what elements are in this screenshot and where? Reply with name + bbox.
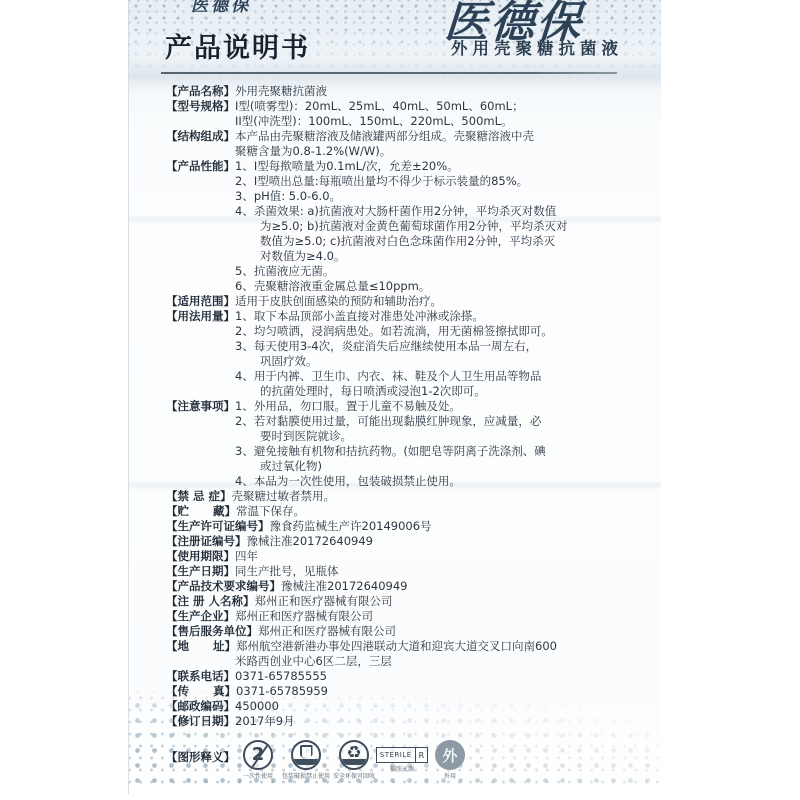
field-value: 4、本品为一次性使用，包装破损禁止使用。 (235, 474, 461, 489)
icon-caption: 辐照灭菌 (377, 766, 427, 773)
doc-line: 要时到医院就诊。 (166, 429, 646, 444)
field-value: 外用壳聚糖抗菌液 (235, 84, 327, 99)
field-label: 【产品性能】 (166, 159, 235, 174)
doc-line: 米路西创业中心6区二层，三层 (166, 654, 646, 669)
doc-line: II型(冲洗型)：100mL、150mL、220mL、500mL。 (166, 114, 646, 129)
doc-line: 【注 册 人名称】郑州正和医疗器械有限公司 (166, 594, 646, 609)
line-indent (166, 384, 260, 385)
line-indent (166, 654, 235, 655)
icon-caption: 外用 (425, 773, 475, 780)
field-value: 郑州正和医疗器械有限公司 (235, 609, 373, 624)
doc-line: 【传 真】0371-65785959 (166, 684, 646, 699)
doc-line: 【产品技术要求编号】豫械注准20172640949 (166, 579, 646, 594)
doc-line: 【售后服务单位】郑州正和医疗器械有限公司 (166, 624, 646, 639)
field-label: 【适用范围】 (166, 294, 235, 309)
field-value: 3、每天使用3-4次，炎症消失后应继续使用本品一周左右， (235, 339, 537, 354)
doc-line: 聚糖含量为0.8-1.2%(W/W)。 (166, 144, 646, 159)
doc-line: 【联系电话】0371-65785555 (166, 669, 646, 684)
doc-line: 【邮政编码】450000 (166, 699, 646, 714)
field-value: 郑州正和医疗器械有限公司 (255, 594, 393, 609)
doc-line: 或过氧化物) (166, 459, 646, 474)
line-indent (166, 144, 235, 145)
field-value: 5、抗菌液应无菌。 (235, 264, 334, 279)
field-label: 【地 址】 (166, 639, 236, 654)
doc-line: 3、每天使用3-4次，炎症消失后应继续使用本品一周左右， (166, 339, 646, 354)
doc-line: 【地 址】郑州航空港新港办事处四港联动大道和迎宾大道交叉口向南600 (166, 639, 646, 654)
field-label: 【修订日期】 (166, 714, 235, 729)
field-value: 适用于皮肤创面感染的预防和辅助治疗。 (235, 294, 442, 309)
field-value: 壳聚糖过敏者禁用。 (232, 489, 336, 504)
field-value: 0371-65785959 (236, 684, 328, 699)
line-indent (166, 354, 260, 355)
sterile-method: R (416, 747, 429, 763)
external-use-icon: 外 (435, 740, 465, 770)
header-divider (161, 72, 617, 74)
line-indent (166, 369, 235, 370)
line-indent (166, 414, 235, 415)
doc-line: 2、I型喷出总量:每瓶喷出量均不得少于标示装量的85%。 (166, 174, 646, 189)
doc-line: 巩固疗效。 (166, 354, 646, 369)
legend-row: 【图形释义】 2一次性使用包装破损禁止使用♻安全环保可回收STERILER辐照灭… (166, 740, 475, 780)
doc-line: 4、本品为一次性使用，包装破损禁止使用。 (166, 474, 646, 489)
brand-subtitle: 外用壳聚糖抗菌液 (451, 35, 623, 59)
doc-line: 【生产日期】同生产批号，见瓶体 (166, 564, 646, 579)
line-indent (166, 204, 235, 205)
sterile-text: STERILE (376, 747, 416, 763)
doc-line: 【产品性能】1、I型每揿喷量为0.1mL/次，允差±20%。 (166, 159, 646, 174)
doc-line: 【生产许可证编号】豫食药监械生产许20149006号 (166, 519, 646, 534)
line-indent (166, 219, 260, 220)
line-indent (166, 249, 260, 250)
line-indent (166, 339, 235, 340)
field-value: 为≥5.0; b)抗菌液对金黄色葡萄球菌作用2分钟，平均杀灭对 (260, 219, 568, 234)
package-damaged-icon-group: 包装破损禁止使用 (283, 740, 329, 780)
field-value: 3、避免接触有机物和拮抗药物。(如肥皂等阴离子洗涤剂、碘 (235, 444, 546, 459)
field-label: 【注 册 人名称】 (166, 594, 255, 609)
icon-caption: 一次性使用 (233, 773, 283, 780)
field-label: 【贮 藏】 (166, 504, 236, 519)
sterile-icon-group: STERILER辐照灭菌 (379, 740, 425, 773)
doc-line: 6、壳聚糖溶液重金属总量≤10ppm。 (166, 279, 646, 294)
field-value: 1、取下本品顶部小盖直接对准患处冲淋或涂搽。 (235, 309, 484, 324)
doc-line: 3、避免接触有机物和拮抗药物。(如肥皂等阴离子洗涤剂、碘 (166, 444, 646, 459)
doc-line: 【使用期限】四年 (166, 549, 646, 564)
field-label: 【生产许可证编号】 (166, 519, 270, 534)
line-indent (166, 459, 260, 460)
recycle-icon: ♻ (339, 740, 369, 770)
icon-caption: 安全环保可回收 (329, 773, 379, 780)
line-indent (166, 264, 235, 265)
field-label: 【用法用量】 (166, 309, 235, 324)
field-label: 【禁 忌 症】 (166, 489, 232, 504)
line-indent (166, 279, 235, 280)
field-label: 【邮政编码】 (166, 699, 235, 714)
doc-line: 【禁 忌 症】壳聚糖过敏者禁用。 (166, 489, 646, 504)
field-label: 【型号规格】 (166, 99, 235, 114)
doc-line: 数值为≥5.0; c)抗菌液对白色念珠菌作用2分钟，平均杀灭 (166, 234, 646, 249)
field-label: 【生产企业】 (166, 609, 235, 624)
field-value: 1、外用品，勿口服。置于儿童不易触及处。 (235, 399, 461, 414)
doc-line: 【生产企业】郑州正和医疗器械有限公司 (166, 609, 646, 624)
package-damaged-icon (291, 740, 321, 770)
sterile-icon: STERILER (376, 747, 428, 763)
icon-banner (294, 759, 318, 765)
doc-line: 4、用于内裤、卫生巾、内衣、袜、鞋及个人卫生用品等物品 (166, 369, 646, 384)
line-indent (166, 429, 260, 430)
doc-line: 【注册证编号】豫械注准20172640949 (166, 534, 646, 549)
external-use-glyph: 外 (442, 745, 457, 766)
field-value: 数值为≥5.0; c)抗菌液对白色念珠菌作用2分钟，平均杀灭 (260, 234, 555, 249)
field-value: 米路西创业中心6区二层，三层 (235, 654, 392, 669)
single-use-icon-group: 2一次性使用 (235, 740, 281, 780)
document-body: 【产品名称】外用壳聚糖抗菌液【型号规格】I型(喷雾型)：20mL、25mL、40… (166, 84, 646, 729)
doc-line: 【结构组成】本产品由壳聚糖溶液及储液罐两部分组成。壳聚糖溶液中壳 (166, 129, 646, 144)
line-indent (166, 474, 235, 475)
single-use-icon: 2 (243, 740, 273, 770)
field-value: 0371-65785555 (235, 669, 327, 684)
doc-line: 【注意事项】1、外用品，勿口服。置于儿童不易触及处。 (166, 399, 646, 414)
icon-banner (342, 759, 366, 765)
field-value: 4、用于内裤、卫生巾、内衣、袜、鞋及个人卫生用品等物品 (235, 369, 541, 384)
field-value: 对数值为≥4.0。 (260, 249, 345, 264)
line-indent (166, 189, 235, 190)
field-label: 【结构组成】 (166, 129, 235, 144)
doc-line: 对数值为≥4.0。 (166, 249, 646, 264)
doc-line: 【产品名称】外用壳聚糖抗菌液 (166, 84, 646, 99)
external-use-icon-group: 外外用 (427, 740, 473, 780)
field-value: 常温下保存。 (236, 504, 305, 519)
field-value: 四年 (235, 549, 258, 564)
field-value: 3、pH值: 5.0-6.0。 (235, 189, 341, 204)
field-value: 450000 (235, 699, 279, 714)
field-value: 郑州正和医疗器械有限公司 (258, 624, 396, 639)
field-label: 【使用期限】 (166, 549, 235, 564)
field-label: 【产品技术要求编号】 (166, 579, 281, 594)
doc-line: 【适用范围】适用于皮肤创面感染的预防和辅助治疗。 (166, 294, 646, 309)
doc-line: 为≥5.0; b)抗菌液对金黄色葡萄球菌作用2分钟，平均杀灭对 (166, 219, 646, 234)
field-label: 【生产日期】 (166, 564, 235, 579)
line-indent (166, 234, 260, 235)
field-value: 2、均匀喷洒，浸润病患处。如若流淌，用无菌棉签擦拭即可。 (235, 324, 553, 339)
field-value: 的抗菌处理时，每日喷洒或浸泡1-2次即可。 (260, 384, 486, 399)
line-indent (166, 324, 235, 325)
field-label: 【产品名称】 (166, 84, 235, 99)
doc-line: 3、pH值: 5.0-6.0。 (166, 189, 646, 204)
field-value: 巩固疗效。 (260, 354, 318, 369)
field-value: 豫械注准20172640949 (247, 534, 373, 549)
icon-caption: 包装破损禁止使用 (281, 773, 331, 780)
brand-logo-small: 医德保 (191, 0, 251, 16)
recycle-icon-group: ♻安全环保可回收 (331, 740, 377, 780)
field-label: 【注意事项】 (166, 399, 235, 414)
field-value: 本产品由壳聚糖溶液及储液罐两部分组成。壳聚糖溶液中壳 (235, 129, 534, 144)
field-value: 4、杀菌效果: a)抗菌液对大肠杆菌作用2分钟，平均杀灭对数值 (235, 204, 556, 219)
doc-line: 的抗菌处理时，每日喷洒或浸泡1-2次即可。 (166, 384, 646, 399)
doc-line: 【贮 藏】常温下保存。 (166, 504, 646, 519)
field-value: 郑州航空港新港办事处四港联动大道和迎宾大道交叉口向南600 (236, 639, 557, 654)
field-value: 豫食药监械生产许20149006号 (270, 519, 432, 534)
field-label: 【售后服务单位】 (166, 624, 258, 639)
instruction-sheet: 医德保 产品说明书 医德保 外用壳聚糖抗菌液 【产品名称】外用壳聚糖抗菌液【型号… (128, 0, 661, 794)
field-label: 【传 真】 (166, 684, 236, 699)
field-value: 2、I型喷出总量:每瓶喷出量均不得少于标示装量的85%。 (235, 174, 528, 189)
field-label: 【联系电话】 (166, 669, 235, 684)
field-value: I型(喷雾型)：20mL、25mL、40mL、50mL、60mL； (235, 99, 524, 114)
doc-line: 【用法用量】1、取下本品顶部小盖直接对准患处冲淋或涂搽。 (166, 309, 646, 324)
field-value: 或过氧化物) (260, 459, 322, 474)
doc-line: 2、均匀喷洒，浸润病患处。如若流淌，用无菌棉签擦拭即可。 (166, 324, 646, 339)
field-value: 2017年9月 (235, 714, 295, 729)
field-value: 豫械注准20172640949 (281, 579, 407, 594)
line-indent (166, 174, 235, 175)
field-label: 【注册证编号】 (166, 534, 247, 549)
field-value: 2、若对黏膜使用过量，可能出现黏膜红肿现象，应减量，必 (235, 414, 541, 429)
field-value: 同生产批号，见瓶体 (235, 564, 339, 579)
field-value: II型(冲洗型)：100mL、150mL、220mL、500mL。 (235, 114, 513, 129)
field-value: 聚糖含量为0.8-1.2%(W/W)。 (235, 144, 391, 159)
doc-line: 2、若对黏膜使用过量，可能出现黏膜红肿现象，应减量，必 (166, 414, 646, 429)
doc-line: 4、杀菌效果: a)抗菌液对大肠杆菌作用2分钟，平均杀灭对数值 (166, 204, 646, 219)
page-title: 产品说明书 (165, 26, 310, 65)
doc-line: 【型号规格】I型(喷雾型)：20mL、25mL、40mL、50mL、60mL； (166, 99, 646, 114)
field-value: 1、I型每揿喷量为0.1mL/次，允差±20%。 (235, 159, 459, 174)
legend-label: 【图形释义】 (166, 740, 235, 774)
line-indent (166, 444, 235, 445)
doc-line: 5、抗菌液应无菌。 (166, 264, 646, 279)
doc-line: 【修订日期】2017年9月 (166, 714, 646, 729)
field-value: 要时到医院就诊。 (260, 429, 352, 444)
field-value: 6、壳聚糖溶液重金属总量≤10ppm。 (235, 279, 430, 294)
line-indent (166, 114, 235, 115)
